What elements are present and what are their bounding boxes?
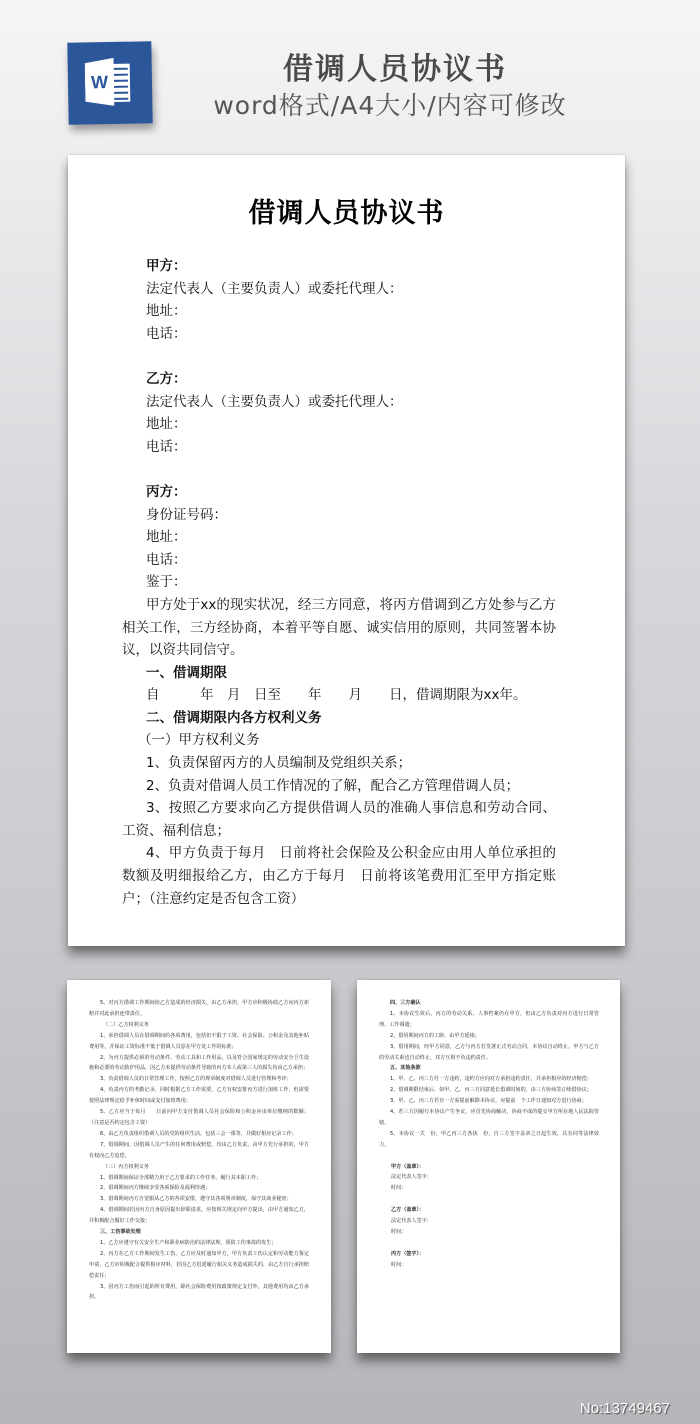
party-a-label: 甲方： xyxy=(146,255,556,278)
spacer xyxy=(379,1238,599,1249)
signature-line: 时间： xyxy=(379,1183,599,1194)
clause-item: 4、甲方负责于每月 日前将社会保险及公积金应由用人单位承担的数额及明细报给乙方，… xyxy=(122,842,556,910)
party-c-label: 丙方： xyxy=(146,481,556,504)
party-a-address: 地址： xyxy=(146,300,556,323)
clause-item: 1、负责保留丙方的人员编制及党组织关系； xyxy=(146,752,556,775)
party-b-phone: 电话： xyxy=(146,436,556,459)
party-b-address: 地址： xyxy=(146,413,556,436)
signature-line: 法定代表人签字： xyxy=(379,1172,599,1183)
party-a-phone: 电话： xyxy=(146,323,556,346)
paragraph: 5、本协议一式 份，甲乙丙三方各执 份，自三方签字盖章之日起生效，具有同等法律效… xyxy=(379,1129,599,1151)
signature-line: 丙方（签字）： xyxy=(379,1249,599,1260)
paragraph: （二）乙方权利义务 xyxy=(89,1020,309,1031)
paragraph: 3、负责借调人员的日常管理工作，按照乙方的规章制度对借调人员进行管理和考评； xyxy=(89,1074,309,1085)
party-b-label: 乙方： xyxy=(146,368,556,391)
paragraph: 3、借用期间，经甲方同意，乙方与丙方若签署正式劳动合同，本协议自动终止，甲方与乙… xyxy=(379,1042,599,1064)
party-c-id: 身份证号码： xyxy=(146,504,556,527)
page-3-body: 四、三方确认1、本协议生效后，丙方的劳动关系、人事档案仍在甲方，但由乙方负责对丙… xyxy=(379,998,599,1271)
page-2-body: 5、对丙方借调工作期间给乙方造成的经济损失，由乙方承担，甲方应积极协助乙方向丙方… xyxy=(89,998,309,1303)
document-page-2-thumbnail: 5、对丙方借调工作期间给乙方造成的经济损失，由乙方承担，甲方应积极协助乙方向丙方… xyxy=(67,980,331,1353)
doc-lines-icon xyxy=(112,64,131,102)
section-heading: 五、其他条款 xyxy=(379,1063,599,1074)
clause-item: 2、负责对借调人员工作情况的了解，配合乙方管理借调人员； xyxy=(146,775,556,798)
paragraph: 5、乙方应当于每月 日前向甲方支付借调人员社会保险和公积金应由单位缴纳的数额；（… xyxy=(89,1107,309,1129)
spacer xyxy=(146,458,556,481)
paragraph: 1、本协议生效后，丙方的劳动关系、人事档案仍在甲方，但由乙方负责对丙方进行日常管… xyxy=(379,1009,599,1031)
party-a-rep: 法定代表人（主要负责人）或委托代理人： xyxy=(146,278,556,301)
section-2-title: 二、借调期限内各方权利义务 xyxy=(146,707,556,730)
paragraph: （三）丙方权利义务 xyxy=(89,1162,309,1173)
paragraph: 1、乙方应遵守有关安全生产和职业病防治的法律法规，预防工伤事故的发生； xyxy=(89,1238,309,1249)
signature-line: 甲方（盖章）： xyxy=(379,1162,599,1173)
word-document-icon: W xyxy=(67,41,152,124)
spacer xyxy=(379,1151,599,1162)
image-id-label: No:13749467 xyxy=(580,1400,670,1417)
intro-paragraph: 甲方处于xx的现实状况，经三方同意，将丙方借调到乙方处参与乙方相关工作，三方经协… xyxy=(122,594,556,662)
paragraph: 7、借调期间，因借调人员产生的任何费用或赔偿，均由乙方负责，由甲方先行承担的，甲… xyxy=(89,1140,309,1162)
document-title: 借调人员协议书 xyxy=(68,191,625,230)
spacer xyxy=(146,345,556,368)
paragraph: 4、负责丙方的考勤记录，同时根据乙方工作需要，乙方有权安排丙方进行加班工作，但需… xyxy=(89,1085,309,1107)
paragraph: 2、丙方在乙方工作期间发生工伤，乙方应及时通知甲方，甲方负责工伤认定和劳动能力鉴… xyxy=(89,1249,309,1282)
party-b-rep: 法定代表人（主要负责人）或委托代理人： xyxy=(146,391,556,414)
document-page-3-thumbnail: 四、三方确认1、本协议生效后，丙方的劳动关系、人事档案仍在甲方，但由乙方负责对丙… xyxy=(357,980,620,1353)
paragraph: 1、承担借调人员在借调期间的各项费用，包括但不限于工资、社会保险、公积金及其他补… xyxy=(89,1031,309,1053)
signature-line: 乙方（盖章）： xyxy=(379,1205,599,1216)
document-page-1: 借调人员协议书 甲方： 法定代表人（主要负责人）或委托代理人： 地址： 电话： … xyxy=(68,155,625,946)
signature-line: 时间： xyxy=(379,1260,599,1271)
paragraph: 4、借调期间若因丙方自身原因提出辞职请求，应按相关规定向甲方提出，由甲方通知乙方… xyxy=(89,1205,309,1227)
signature-line: 法定代表人签字： xyxy=(379,1216,599,1227)
paragraph: 2、借调期间丙方继续享受各项保险及福利待遇； xyxy=(89,1183,309,1194)
paragraph: 5、对丙方借调工作期间给乙方造成的经济损失，由乙方承担，甲方应积极协助乙方向丙方… xyxy=(89,998,309,1020)
section-2-subtitle: （一）甲方权利义务 xyxy=(138,729,556,752)
whereas-label: 鉴于： xyxy=(146,571,556,594)
section-1-title: 一、借调期限 xyxy=(146,662,556,685)
paragraph: 2、借调期限结束后，如甲、乙、丙三方同意延长借调时间的，由三方协商签订续借协议； xyxy=(379,1085,599,1096)
spacer xyxy=(379,1194,599,1205)
paragraph: 2、为丙方提供必须的劳动条件、劳动工具和工作用品，以及符合国家规定的劳动安全卫生… xyxy=(89,1053,309,1075)
clause-item: 3、按照乙方要求向乙方提供借调人员的准确人事信息和劳动合同、工资、福利信息； xyxy=(122,797,556,842)
paragraph: 1、借调期间保证全部精力用于乙方要求的工作任务，履行其本职工作； xyxy=(89,1173,309,1184)
banner-subtitle: word格式/A4大小/内容可修改 xyxy=(190,86,590,122)
banner-title: 借调人员协议书 xyxy=(200,44,590,88)
paragraph: 3、甲、乙、丙三方若有一方需提前解除本协议，应提前 个工作日通知对方进行协商； xyxy=(379,1096,599,1107)
header-banner: W 借调人员协议书 word格式/A4大小/内容可修改 xyxy=(0,0,700,150)
paragraph: 6、由乙方负责组织借调人员的党的组织生活，包括三会一课等，并做好相应记录工作； xyxy=(89,1129,309,1140)
party-c-phone: 电话： xyxy=(146,549,556,572)
paragraph: 4、若三方因履行本协议产生争议，应首先协商解决，协商不成的提交甲方所在地人民法院… xyxy=(379,1107,599,1129)
signature-line: 时间： xyxy=(379,1227,599,1238)
section-1-text: 自 年 月 日至 年 月 日，借调期限为xx年。 xyxy=(146,684,556,707)
party-c-address: 地址： xyxy=(146,526,556,549)
document-body: 甲方： 法定代表人（主要负责人）或委托代理人： 地址： 电话： 乙方： 法定代表… xyxy=(146,255,556,910)
paragraph: 1、甲、乙、丙三方任一方违约，违约方应向对方承担违约责任，并承担相应的经济赔偿； xyxy=(379,1074,599,1085)
paragraph: 2、借用期间丙方的工龄，由甲方延续； xyxy=(379,1031,599,1042)
paragraph: 3、借调期间丙方自觉服从乙方的各项安排，遵守其各项规章制度，保守其商业秘密； xyxy=(89,1194,309,1205)
word-cover-icon: W xyxy=(85,58,115,106)
section-heading: 三、工伤事故处理 xyxy=(89,1227,309,1238)
paragraph: 3、因丙方工伤而引起的所有费用，除社会保险费用按政策规定支付外，其他费用均由乙方… xyxy=(89,1282,309,1304)
section-heading: 四、三方确认 xyxy=(379,998,599,1009)
